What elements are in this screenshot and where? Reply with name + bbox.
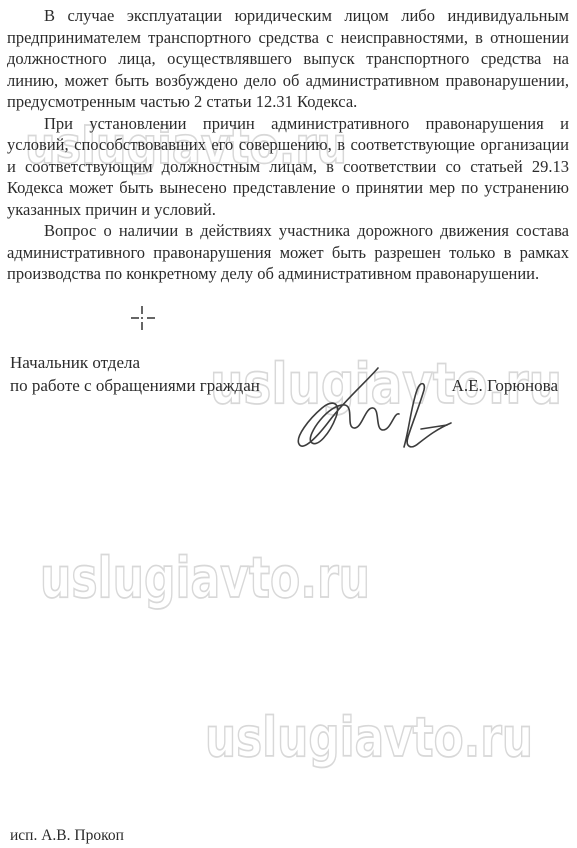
watermark-text: uslugiavto.ru [205,706,533,769]
paragraph: Вопрос о наличии в действиях участника д… [7,220,569,285]
signatory-name: А.Е. Горюнова [452,375,558,398]
signatory-position-line: Начальник отдела [10,352,260,375]
signatory-position: Начальник отдела по работе с обращениями… [10,352,260,397]
paragraph: При установлении причин административног… [7,113,569,221]
signatory-position-line: по работе с обращениями граждан [10,375,260,398]
document-page: uslugiavto.ru uslugiavto.ru uslugiavto.r… [0,0,577,848]
executor-note: исп. А.В. Прокоп [10,827,124,845]
paragraph: В случае эксплуатации юридическим лицом … [7,5,569,113]
document-body: В случае эксплуатации юридическим лицом … [7,5,569,285]
signature-block: Начальник отдела по работе с обращениями… [10,352,558,397]
watermark-text: uslugiavto.ru [40,546,370,611]
